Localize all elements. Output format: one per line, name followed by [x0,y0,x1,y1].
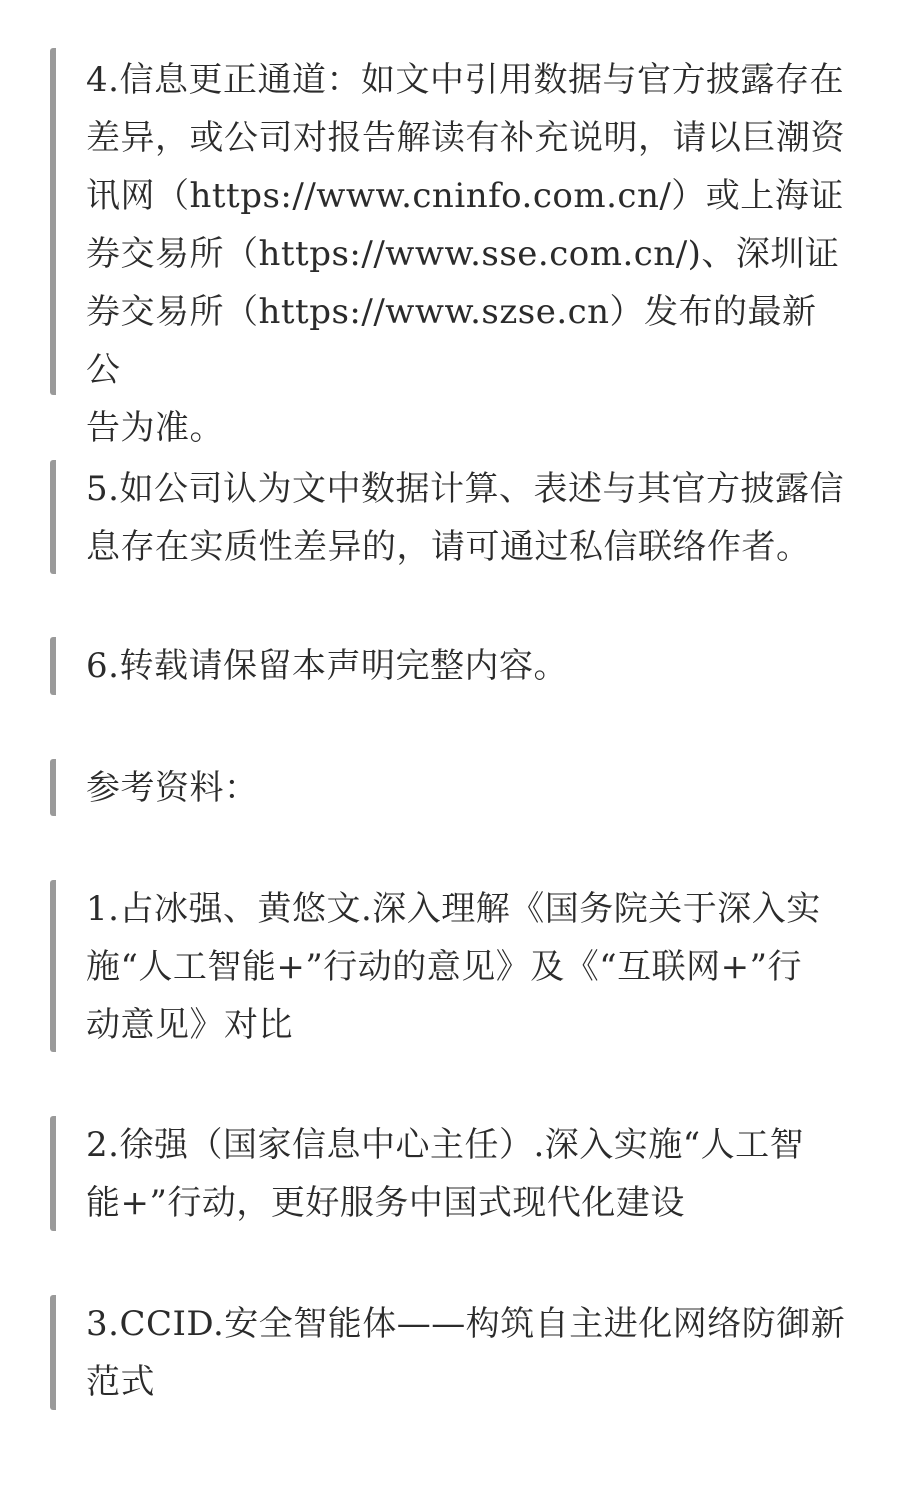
references-heading: 参考资料： [86,759,850,817]
text-line: 施“人工智能+”行动的意见》及《“互联网+”行 [86,938,850,996]
text-line: 差异，或公司对报告解读有补充说明，请以巨潮资 [86,109,850,167]
text-line: 2.徐强（国家信息中心主任）.深入实施“人工智 [86,1116,850,1174]
text-line: 5.如公司认为文中数据计算、表述与其官方披露信 [86,460,850,518]
blockquote-notice-4: 4.信息更正通道：如文中引用数据与官方披露存在 差异，或公司对报告解读有补充说明… [50,48,850,395]
blockquote-notice-6: 6.转载请保留本声明完整内容。 [50,637,850,695]
text-line: 1.占冰强、黄悠文.深入理解《国务院关于深入实 [86,880,850,938]
blockquote-references-heading: 参考资料： [50,759,850,816]
text-line: 券交易所（https://www.sse.com.cn/)、深圳证 [86,225,850,283]
text-line: 能+”行动，更好服务中国式现代化建设 [86,1174,850,1232]
blockquote-notice-5: 5.如公司认为文中数据计算、表述与其官方披露信 息存在实质性差异的，请可通过私信… [50,460,850,574]
blockquote-reference-3: 3.CCID.安全智能体——构筑自主进化网络防御新 范式 [50,1295,850,1410]
text-line: 息存在实质性差异的，请可通过私信联络作者。 [86,518,850,576]
text-line: 范式 [86,1353,850,1411]
text-line: 动意见》对比 [86,996,850,1054]
text-line: 3.CCID.安全智能体——构筑自主进化网络防御新 [86,1295,850,1353]
text-line: 讯网（https://www.cninfo.com.cn/）或上海证 [86,167,850,225]
text-line: 6.转载请保留本声明完整内容。 [86,637,850,695]
blockquote-reference-1: 1.占冰强、黄悠文.深入理解《国务院关于深入实 施“人工智能+”行动的意见》及《… [50,880,850,1052]
text-line: 告为准。 [86,399,850,457]
text-line: 4.信息更正通道：如文中引用数据与官方披露存在 [86,51,850,109]
blockquote-reference-2: 2.徐强（国家信息中心主任）.深入实施“人工智 能+”行动，更好服务中国式现代化… [50,1116,850,1231]
text-line: 券交易所（https://www.szse.cn）发布的最新公 [86,283,850,399]
